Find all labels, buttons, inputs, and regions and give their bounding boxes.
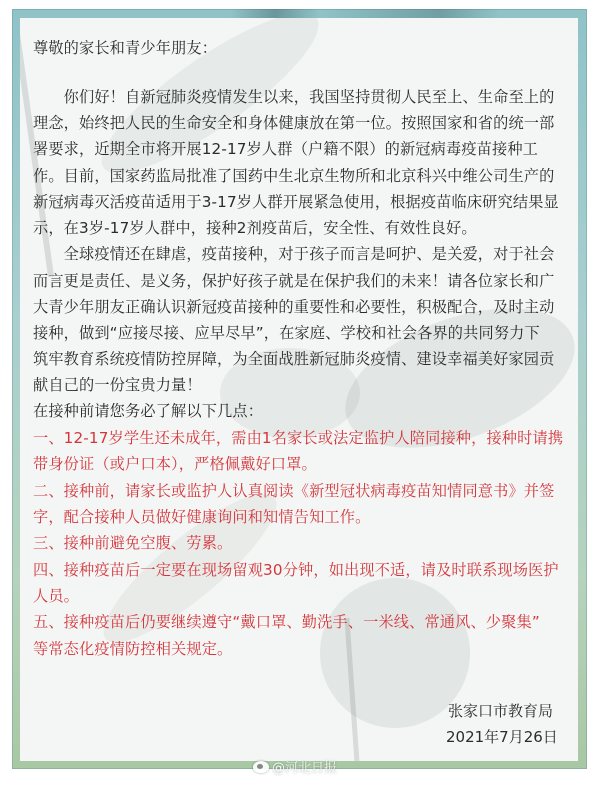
notice-intro: 在接种前请您务必了解以下几点： bbox=[33, 400, 263, 421]
paragraph-line: 而言更是责任、是义务，保护好孩子就是在保护我们的未来！请各位家长和广 bbox=[33, 270, 554, 291]
watermark-text: @河北日报 bbox=[272, 757, 337, 776]
paragraph-line: 新冠病毒灭活疫苗适用于3-17岁人群开展紧急使用，根据疫苗临床研究结果显 bbox=[33, 191, 559, 212]
notice-item-line: 带身份证（或户口本），严格佩戴好口罩。 bbox=[33, 453, 317, 474]
ink-wash-decoration bbox=[293, 551, 498, 756]
notice-item-line: 人员。 bbox=[33, 585, 79, 606]
paragraph-line: 全球疫情还在肆虐，疫苗接种，对于孩子而言是呵护、是关爱，对于社会 bbox=[33, 243, 554, 264]
weibo-logo-icon bbox=[253, 761, 269, 773]
notice-item-line: 五、接种疫苗后仍要继续遵守“戴口罩、勤洗手、一米线、常通风、少聚集” bbox=[33, 611, 540, 632]
notice-item-line: 字，配合接种人员做好健康询问和知情告知工作。 bbox=[33, 506, 370, 527]
signature-date: 2021年7月26日 bbox=[446, 726, 558, 747]
paragraph-line: 作。目前，国家药监局批准了国药中生北京生物所和北京科兴中维公司生产的 bbox=[33, 165, 554, 186]
paragraph-line: 你们好！自新冠肺炎疫情发生以来，我国坚持贯彻人民至上、生命至上的 bbox=[33, 86, 554, 107]
paragraph-line: 接种，做到“应接尽接、应早尽早”，在家庭、学校和社会各界的共同努力下 bbox=[33, 322, 540, 343]
paragraph-line: 献自己的一份宝贵力量！ bbox=[33, 374, 202, 395]
paragraph-line: 大青少年朋友正确认识新冠疫苗接种的重要性和必要性，积极配合，及时主动 bbox=[33, 296, 554, 317]
notice-item-line: 等常态化疫情防控相关规定。 bbox=[33, 638, 232, 659]
paragraph-line: 示，在3岁-17岁人群中，接种2剂疫苗后，安全性、有效性良好。 bbox=[33, 217, 477, 238]
notice-item-line: 二、接种前，请家长或监护人认真阅读《新型冠状病毒疫苗知情同意书》并签 bbox=[33, 480, 554, 501]
paragraph-line: 署要求，近期全市将开展12-17岁人群（户籍不限）的新冠病毒疫苗接种工 bbox=[33, 138, 538, 159]
notice-item-line: 四、接种疫苗后一定要在现场留观30分钟，如出现不适，请及时联系现场医护 bbox=[33, 559, 559, 580]
letter-greeting: 尊敬的家长和青少年朋友： bbox=[33, 37, 217, 58]
signature-issuer: 张家口市教育局 bbox=[448, 700, 553, 721]
paragraph-line: 筑牢教育系统疫情防控屏障，为全面战胜新冠肺炎疫情、建设幸福美好家园贡 bbox=[33, 348, 554, 369]
notice-item-line: 三、接种前避免空腹、劳累。 bbox=[33, 532, 232, 553]
notice-item-line: 一、12-17岁学生还未成年，需由1名家长或法定监护人陪同接种，接种时请携 bbox=[33, 427, 563, 448]
paragraph-line: 理念，始终把人民的生命安全和身体健康放在第一位。按照国家和省的统一部 bbox=[33, 112, 554, 133]
weibo-watermark: @河北日报 bbox=[253, 757, 337, 776]
